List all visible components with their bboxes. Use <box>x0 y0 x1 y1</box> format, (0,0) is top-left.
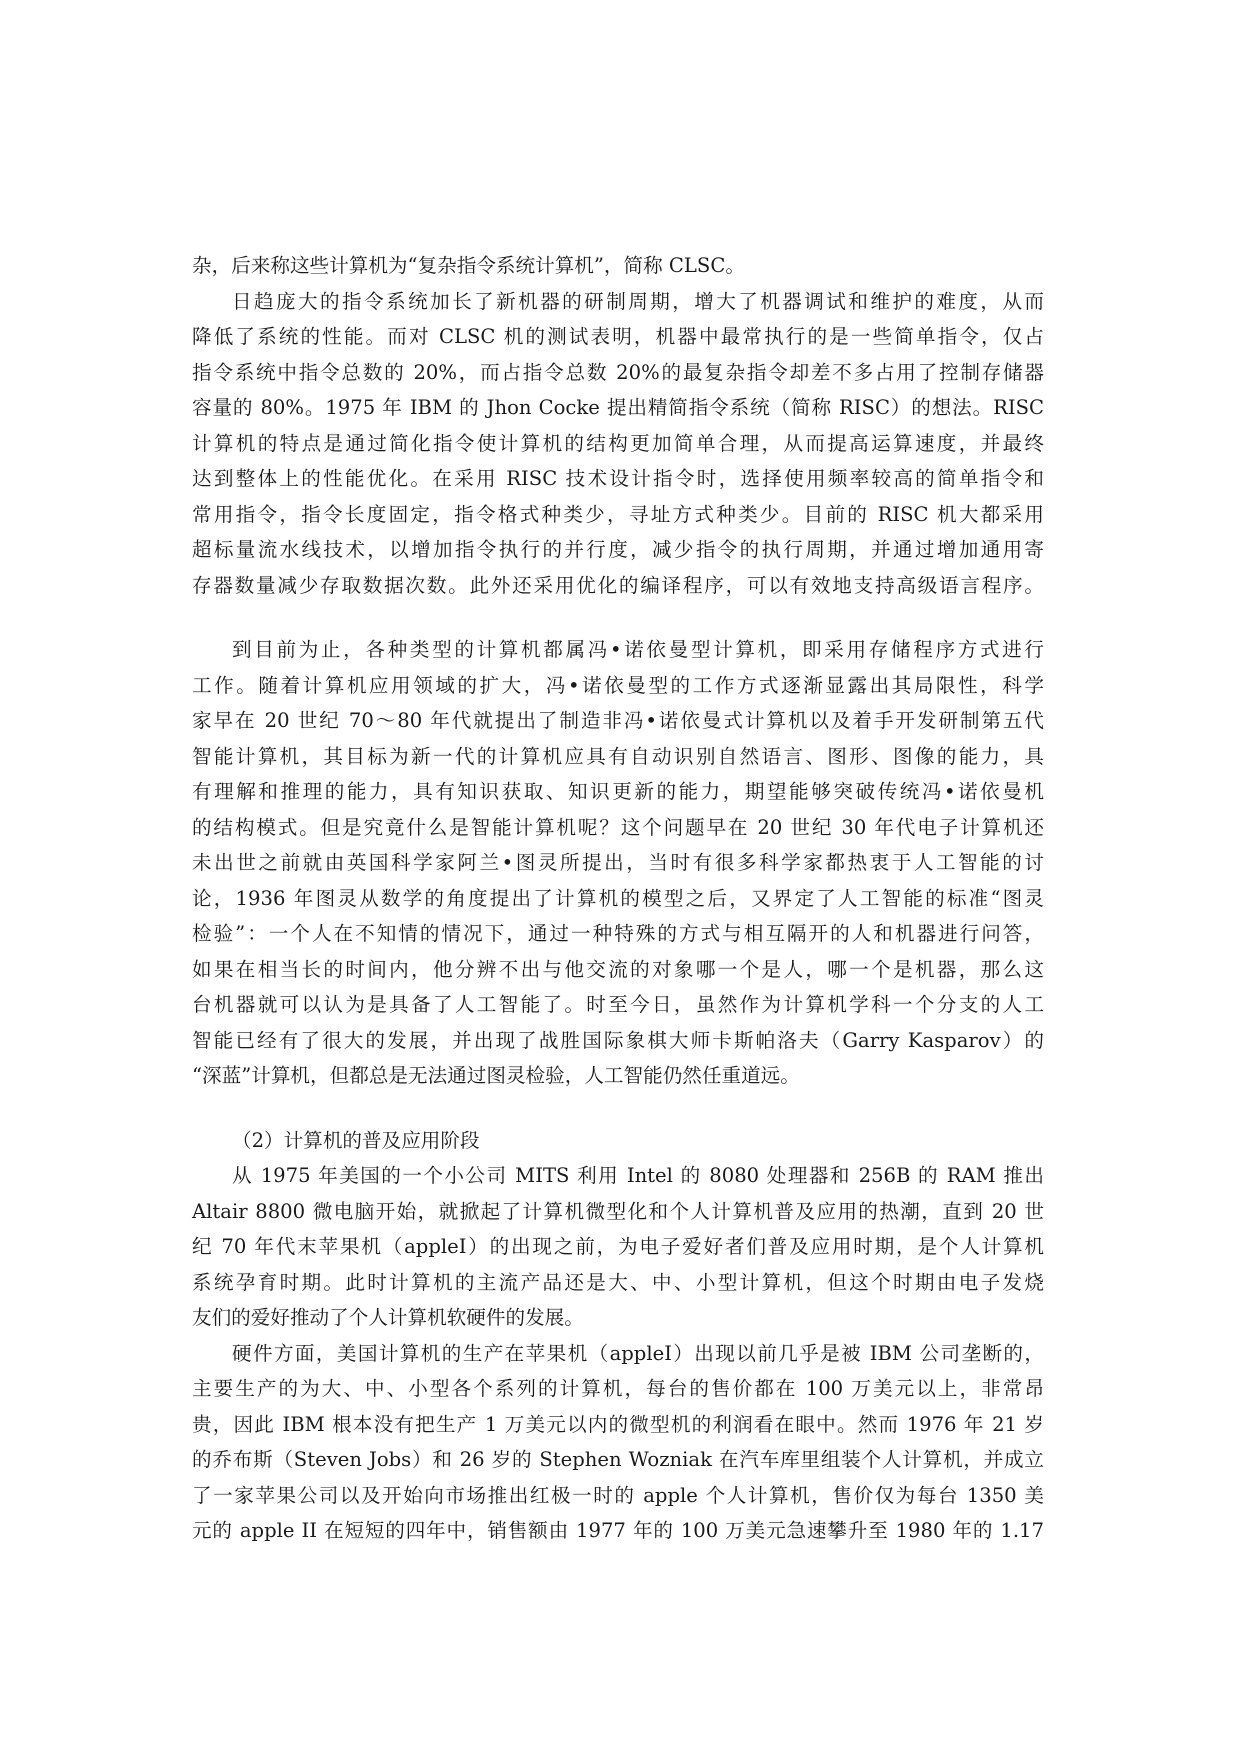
text-line: 日趋庞大的指令系统加长了新机器的研制周期，增大了机器调试和维护的难度，从而 <box>192 284 1044 320</box>
paragraph-hardware: 硬件方面，美国计算机的生产在苹果机（appleI）出现以前几乎是被 IBM 公司… <box>192 1336 1044 1549</box>
text-line: 贵，因此 IBM 根本没有把生产 1 万美元以内的微型机的利润看在眼中。然而 1… <box>192 1407 1044 1443</box>
text-line: 降低了系统的性能。而对 CLSC 机的测试表明，机器中最常执行的是一些简单指令，… <box>192 319 1044 355</box>
text-line: 了一家苹果公司以及开始向市场推出红极一时的 apple 个人计算机，售价仅为每台… <box>192 1478 1044 1514</box>
text-line: 存器数量减少存取数据次数。此外还采用优化的编译程序，可以有效地支持高级语言程序。 <box>192 568 1044 604</box>
text-line: 达到整体上的性能优化。在采用 RISC 技术设计指令时，选择使用频率较高的简单指… <box>192 461 1044 497</box>
text-line: 智能已经有了很大的发展，并出现了战胜国际象棋大师卡斯帕洛夫（Garry Kasp… <box>192 1023 1044 1059</box>
section-heading: （2）计算机的普及应用阶段 <box>192 1123 1044 1159</box>
text-line: 的乔布斯（Steven Jobs）和 26 岁的 Stephen Wozniak… <box>192 1442 1044 1478</box>
paragraph-intelligent-computers: 到目前为止，各种类型的计算机都属冯•诺依曼型计算机，即采用存储程序方式进行 工作… <box>192 632 1044 1094</box>
paragraph-pc-popularization: 从 1975 年美国的一个小公司 MITS 利用 Intel 的 8080 处理… <box>192 1158 1044 1336</box>
text-line: 杂，后来称这些计算机为“复杂指令系统计算机”，简称 CLSC。 <box>192 248 1044 284</box>
text-line: 检验”：一个人在不知情的情况下，通过一种特殊的方式与相互隔开的人和机器进行问答， <box>192 916 1044 952</box>
text-line: 友们的爱好推动了个人计算机软硬件的发展。 <box>192 1300 1044 1336</box>
paragraph-gap <box>192 603 1044 632</box>
text-line: 纪 70 年代末苹果机（appleI）的出现之前，为电子爱好者们普及应用时期，是… <box>192 1229 1044 1265</box>
text-line: 系统孕育时期。此时计算机的主流产品还是大、中、小型计算机，但这个时期由电子发烧 <box>192 1265 1044 1301</box>
paragraph-gap <box>192 1094 1044 1123</box>
text-line: 的结构模式。但是究竟什么是智能计算机呢？这个问题早在 20 世纪 30 年代电子… <box>192 810 1044 846</box>
text-line: 主要生产的为大、中、小型各个系列的计算机，每台的售价都在 100 万美元以上，非… <box>192 1371 1044 1407</box>
text-line: 元的 apple II 在短短的四年中，销售额由 1977 年的 100 万美元… <box>192 1513 1044 1549</box>
text-line: 超标量流水线技术，以增加指令执行的并行度，减少指令的执行周期，并通过增加通用寄 <box>192 532 1044 568</box>
text-line: 论，1936 年图灵从数学的角度提出了计算机的模型之后，又界定了人工智能的标准“… <box>192 881 1044 917</box>
text-line: 未出世之前就由英国科学家阿兰•图灵所提出，当时有很多科学家都热衷于人工智能的讨 <box>192 845 1044 881</box>
text-line: 家早在 20 世纪 70～80 年代就提出了制造非冯•诺依曼式计算机以及着手开发… <box>192 703 1044 739</box>
paragraph-cisc-risc: 日趋庞大的指令系统加长了新机器的研制周期，增大了机器调试和维护的难度，从而 降低… <box>192 284 1044 604</box>
text-line: 从 1975 年美国的一个小公司 MITS 利用 Intel 的 8080 处理… <box>192 1158 1044 1194</box>
text-line: 常用指令，指令长度固定，指令格式种类少，寻址方式种类少。目前的 RISC 机大都… <box>192 497 1044 533</box>
text-line: 到目前为止，各种类型的计算机都属冯•诺依曼型计算机，即采用存储程序方式进行 <box>192 632 1044 668</box>
text-line: 智能计算机，其目标为新一代的计算机应具有自动识别自然语言、图形、图像的能力，具 <box>192 739 1044 775</box>
text-line: 指令系统中指令总数的 20%，而占指令总数 20%的最复杂指令却差不多占用了控制… <box>192 355 1044 391</box>
text-line: 工作。随着计算机应用领域的扩大，冯•诺依曼型的工作方式逐渐显露出其局限性，科学 <box>192 668 1044 704</box>
text-line: 计算机的特点是通过简化指令使计算机的结构更加简单合理，从而提高运算速度，并最终 <box>192 426 1044 462</box>
text-line: 台机器就可以认为是具备了人工智能了。时至今日，虽然作为计算机学科一个分支的人工 <box>192 987 1044 1023</box>
text-line: 硬件方面，美国计算机的生产在苹果机（appleI）出现以前几乎是被 IBM 公司… <box>192 1336 1044 1372</box>
document-page: 杂，后来称这些计算机为“复杂指令系统计算机”，简称 CLSC。 日趋庞大的指令系… <box>192 248 1044 1549</box>
text-line: 如果在相当长的时间内，他分辨不出与他交流的对象哪一个是人，哪一个是机器，那么这 <box>192 952 1044 988</box>
text-line: “深蓝”计算机，但都总是无法通过图灵检验，人工智能仍然任重道远。 <box>192 1058 1044 1094</box>
paragraph-continuation: 杂，后来称这些计算机为“复杂指令系统计算机”，简称 CLSC。 <box>192 248 1044 284</box>
text-line: 有理解和推理的能力，具有知识获取、知识更新的能力，期望能够突破传统冯•诺依曼机 <box>192 774 1044 810</box>
text-line: Altair 8800 微电脑开始，就掀起了计算机微型化和个人计算机普及应用的热… <box>192 1194 1044 1230</box>
text-line: 容量的 80%。1975 年 IBM 的 Jhon Cocke 提出精简指令系统… <box>192 390 1044 426</box>
